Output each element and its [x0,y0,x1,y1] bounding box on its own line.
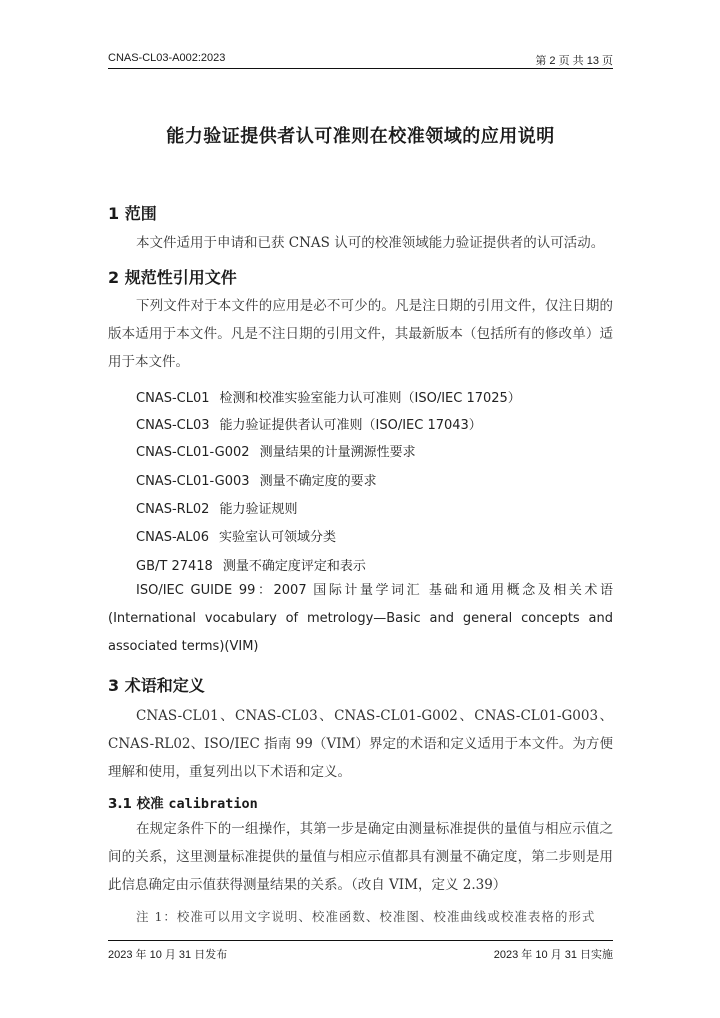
reference-title: 测量不确定度的要求 [260,474,377,489]
reference-item: CNAS-CL01-G003测量不确定度的要求 [136,470,377,489]
page-header: CNAS-CL03-A002:2023 第 2 页 共 13 页 [108,50,613,69]
reference-item: CNAS-RL02能力验证规则 [136,498,297,517]
effective-date: 2023 年 10 月 31 日实施 [494,946,613,962]
reference-title: 测量结果的计量溯源性要求 [260,445,416,460]
subsection-3-1-body: 在规定条件下的一组操作，其第一步是确定由测量标准提供的量值与相应示值之间的关系，… [108,815,613,899]
section-3-heading: 3 术语和定义 [108,673,205,696]
reference-title: 检测和校准实验室能力认可准则（ISO/IEC 17025） [220,391,521,406]
note-1: 注 1：校准可以用文字说明、校准函数、校准图、校准曲线或校准表格的形式 [136,907,595,925]
section-2-heading: 2 规范性引用文件 [108,265,237,288]
page-footer: 2023 年 10 月 31 日发布 2023 年 10 月 31 日实施 [108,940,613,941]
issue-date: 2023 年 10 月 31 日发布 [108,946,227,962]
section-1-body: 本文件适用于申请和已获 CNAS 认可的校准领域能力验证提供者的认可活动。 [108,229,613,257]
section-3-body: CNAS-CL01、CNAS-CL03、CNAS-CL01-G002、CNAS-… [108,702,613,786]
reference-item: CNAS-CL01-G002测量结果的计量溯源性要求 [136,441,416,460]
reference-title: 测量不确定度评定和表示 [223,559,366,574]
doc-code: CNAS-CL03-A002:2023 [108,52,225,64]
reference-title: 实验室认可领域分类 [219,530,336,545]
section-1-heading: 1 范围 [108,201,157,224]
document-title: 能力验证提供者认可准则在校准领域的应用说明 [108,122,613,148]
page-number: 第 2 页 共 13 页 [535,52,613,68]
reference-code: CNAS-RL02 [136,502,209,517]
reference-item: CNAS-CL03能力验证提供者认可准则（ISO/IEC 17043） [136,414,482,433]
section-2-body: 下列文件对于本文件的应用是必不可少的。凡是注日期的引用文件，仅注日期的版本适用于… [108,292,613,376]
subsection-3-1-heading: 3.1 校准 calibration [108,792,258,812]
reference-item: CNAS-CL01检测和校准实验室能力认可准则（ISO/IEC 17025） [136,387,521,406]
term-cn: 3.1 校准 [108,796,164,812]
reference-item: GB/T 27418测量不确定度评定和表示 [136,555,366,574]
document-page: CNAS-CL03-A002:2023 第 2 页 共 13 页 能力验证提供者… [0,0,720,1018]
reference-code: CNAS-CL01 [136,391,210,406]
reference-code: CNAS-CL01-G002 [136,445,250,460]
reference-item: CNAS-AL06实验室认可领域分类 [136,526,336,545]
vim-guide-reference: ISO/IEC GUIDE 99：2007 国际计量学词汇 基础和通用概念及相关… [108,577,613,661]
reference-code: CNAS-AL06 [136,530,209,545]
reference-code: CNAS-CL01-G003 [136,474,250,489]
reference-code: GB/T 27418 [136,559,213,574]
reference-title: 能力验证提供者认可准则（ISO/IEC 17043） [220,418,482,433]
reference-title: 能力验证规则 [219,502,297,517]
term-en: calibration [168,796,257,812]
reference-code: CNAS-CL03 [136,418,210,433]
